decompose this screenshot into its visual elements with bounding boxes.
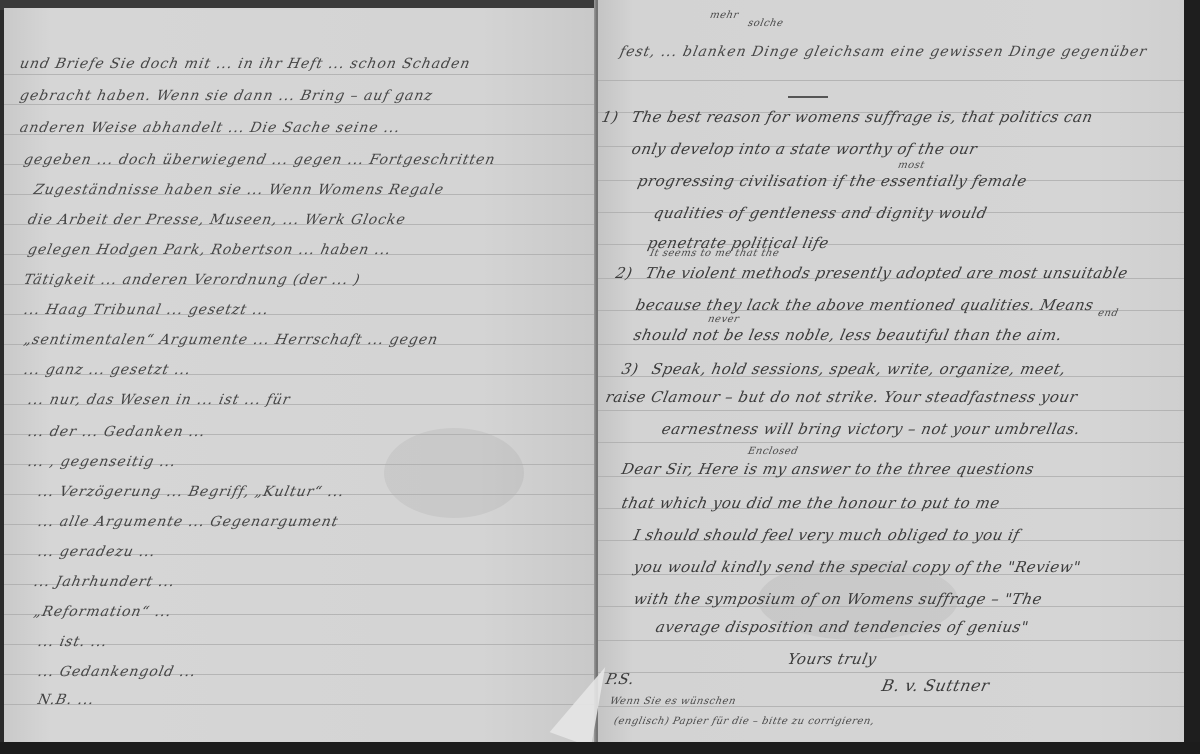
ruled-line — [598, 344, 1184, 345]
interlinear-note: most — [897, 160, 926, 171]
bottom-edge-shadow — [0, 742, 1200, 754]
left-line: ... der ... Gedanken ... — [26, 424, 207, 440]
answer-3-line: raise Clamour – but do not strike. Your … — [604, 388, 1079, 406]
left-line: ... geradezu ... — [36, 544, 157, 560]
left-line: ... , gegenseitig ... — [26, 454, 177, 470]
ruled-line — [598, 410, 1184, 411]
answer-3-line: Speak, hold sessions, speak, write, orga… — [650, 360, 1067, 378]
answer-1-line: qualities of gentleness and dignity woul… — [652, 204, 989, 222]
answer-number: 2) — [614, 264, 634, 282]
ruled-line — [598, 640, 1184, 641]
interlinear-note: It seems to me that the — [649, 248, 781, 259]
answer-1-line: only develop into a state worthy of the … — [630, 140, 979, 158]
left-line: anderen Weise abhandelt ... Die Sache se… — [18, 120, 402, 136]
interlinear-note: Enclosed — [747, 446, 799, 457]
ruled-line — [598, 442, 1184, 443]
answer-1-line: progressing civilisation if the essentia… — [636, 172, 1029, 190]
left-line: ... Gedankengold ... — [36, 664, 197, 680]
signature: B. v. Suttner — [880, 676, 991, 695]
left-line: Zugeständnisse haben sie ... Wenn Womens… — [32, 182, 445, 198]
left-line: ... alle Argumente ... Gegenargument — [36, 514, 340, 530]
letter-line: with the symposium of on Womens suffrage… — [632, 590, 1044, 608]
left-line: ... Haag Tribunal ... gesetzt ... — [22, 302, 270, 318]
header-line: fest, ... blanken Dinge gleichsam eine g… — [618, 44, 1148, 60]
ruled-line — [4, 74, 598, 75]
left-line: und Briefe Sie doch mit ... in ihr Heft … — [18, 56, 472, 72]
answer-2-line: The violent methods presently adopted ar… — [644, 264, 1130, 282]
left-line: gegeben ... doch überwiegend ... gegen .… — [22, 152, 497, 168]
left-line: ... ist. ... — [36, 634, 109, 650]
postscript-line: Wenn Sie es wünschen — [609, 696, 737, 707]
ruled-line — [4, 104, 598, 105]
letter-spread: und Briefe Sie doch mit ... in ihr Heft … — [0, 0, 1200, 754]
letter-line: average disposition and tendencies of ge… — [654, 618, 1030, 636]
left-page: und Briefe Sie doch mit ... in ihr Heft … — [4, 8, 598, 744]
interlinear-note: never — [707, 314, 741, 325]
left-line: ... ganz ... gesetzt ... — [22, 362, 192, 378]
left-line: gelegen Hodgen Park, Robertson ... haben… — [26, 242, 393, 258]
paper-stain — [384, 428, 524, 518]
right-page: mehr solche fest, ... blanken Dinge glei… — [598, 0, 1184, 746]
letter-line: Dear Sir, Here is my answer to the three… — [620, 460, 1036, 478]
interlinear-note: mehr — [709, 10, 740, 21]
answer-1-line: The best reason for womens suffrage is, … — [630, 108, 1095, 126]
separator-mark — [788, 96, 828, 98]
answer-2-line: should not be less noble, less beautiful… — [632, 326, 1064, 344]
interlinear-note: end — [1097, 308, 1120, 319]
right-edge-shadow — [1184, 0, 1200, 754]
answer-2-line: because they lack the above mentioned qu… — [634, 296, 1095, 314]
left-line: gebracht haben. Wenn sie dann ... Bring … — [18, 88, 434, 104]
letter-line: that which you did me the honour to put … — [620, 494, 1002, 512]
left-line: ... Jahrhundert ... — [32, 574, 176, 590]
left-line: „Reformation“ ... — [32, 604, 173, 620]
postscript-line: (englisch) Papier für die – bitte zu cor… — [613, 716, 876, 727]
answer-number: 1) — [600, 108, 620, 126]
left-line: die Arbeit der Presse, Museen, ... Werk … — [26, 212, 407, 228]
answer-3-line: earnestness will bring victory – not you… — [660, 420, 1082, 438]
letter-line: you would kindly send the special copy o… — [632, 558, 1082, 576]
left-line: ... nur, das Wesen in ... ist ... für — [26, 392, 292, 408]
ruled-line — [598, 80, 1184, 81]
interlinear-note: solche — [747, 18, 785, 29]
letter-closing: Yours truly — [786, 650, 878, 668]
left-line: N.B. ... — [36, 692, 96, 708]
left-line: ... Verzögerung ... Begriff, „Kultur“ ..… — [36, 484, 346, 500]
letter-line: I should should feel very much obliged t… — [632, 526, 1021, 544]
ruled-line — [598, 672, 1184, 673]
left-line: Tätigkeit ... anderen Verordnung (der ..… — [22, 272, 362, 288]
left-line: „sentimentalen“ Argumente ... Herrschaft… — [22, 332, 440, 348]
